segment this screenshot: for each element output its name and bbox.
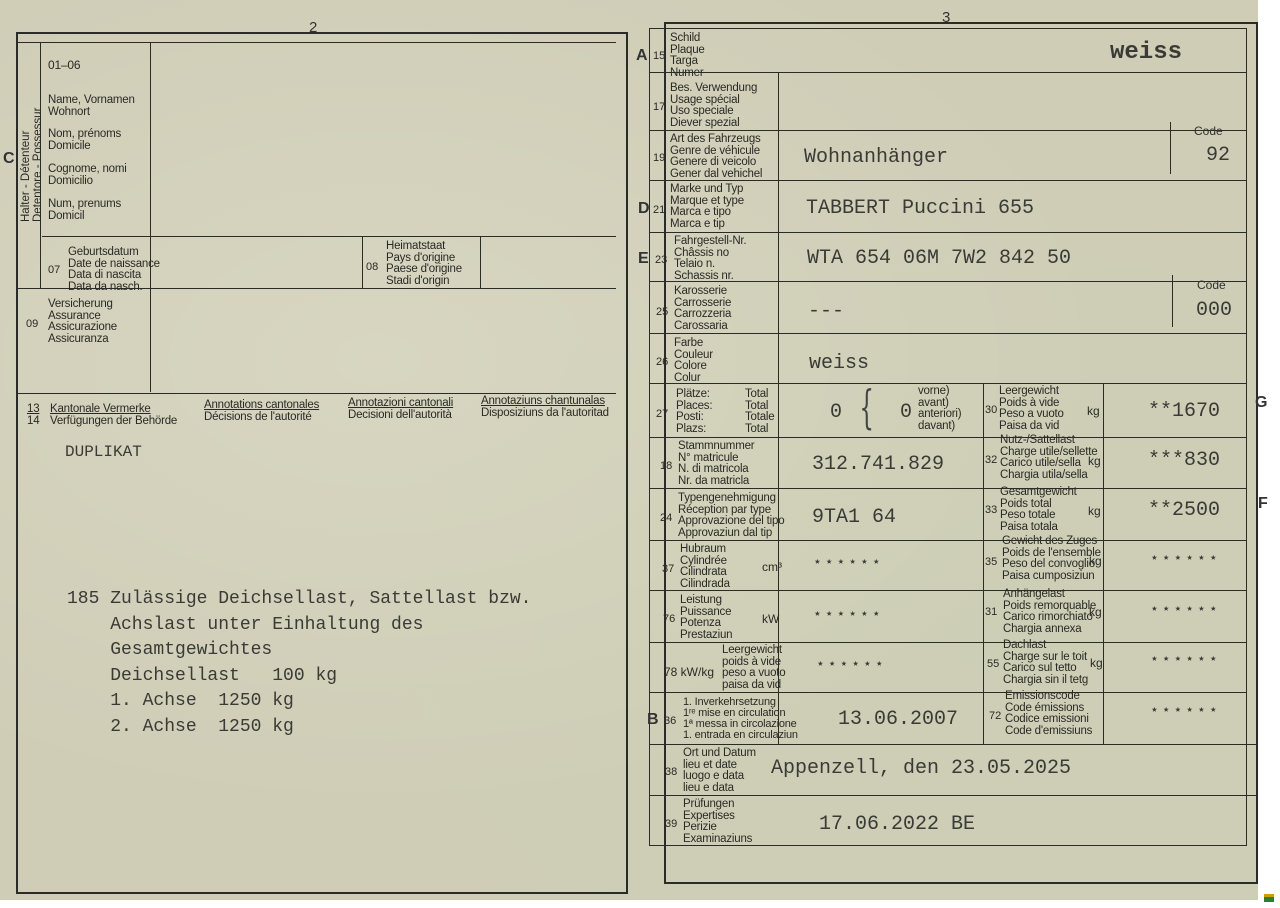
color-value: weiss: [809, 352, 869, 375]
power-value: ⋆⋆⋆⋆⋆⋆: [813, 606, 884, 622]
divider: [1103, 383, 1104, 744]
birth-date-label: GeburtsdatumDate de naissance Data di na…: [68, 247, 160, 293]
divider: [480, 237, 481, 289]
first-registration-label: 1. Inverkehrsetzung1ʳᵉ mise en circulati…: [683, 697, 798, 741]
make-model-label: Marke und TypMarque et type Marca e tipo…: [670, 184, 744, 230]
displacement-value: ⋆⋆⋆⋆⋆⋆: [813, 554, 884, 570]
field-number: 21: [653, 204, 665, 216]
place-date-value: Appenzell, den 23.05.2025: [771, 757, 1071, 780]
unit-label: kg: [1088, 454, 1101, 468]
duplicate-stamp: DUPLIKAT: [65, 443, 142, 461]
seats-front-label: vorne)avant) anteriori)davant): [918, 386, 961, 432]
make-model-value: TABBERT Puccini 655: [806, 197, 1034, 220]
divider: [650, 333, 1246, 334]
field-number: 25: [656, 306, 668, 318]
payload-label: Nutz-/SattellastCharge utile/sellette Ca…: [1000, 435, 1097, 481]
displacement-label: HubraumCylindrée CilindrataCilindrada: [680, 544, 730, 590]
holder-name-rm: Num, prenumsDomicil: [48, 199, 121, 222]
divider: [650, 744, 1258, 745]
section-letter-d: D: [638, 200, 650, 218]
code-label: Code: [1197, 278, 1226, 292]
annotations-label-it: Annotazioni cantonaliDecisioni dell'auto…: [348, 398, 453, 421]
registration-number-label: StammnummerN° matricule N. di matricolaN…: [678, 441, 754, 487]
roof-load-label: DachlastCharge sur le toit Carico sul te…: [1003, 640, 1088, 686]
field-number: 18: [660, 460, 672, 472]
divider: [650, 130, 1246, 131]
seats-total-label: TotalTotal TotaleTotal: [745, 389, 775, 435]
body-label: KarosserieCarrosserie CarrozzeriaCarossa…: [674, 286, 731, 332]
inspections-label: PrüfungenExpertises PerizieExaminaziuns: [683, 799, 752, 845]
gross-weight-label: GesamtgewichtPoids total Peso totalePais…: [1000, 487, 1077, 533]
unit-label: kW: [762, 612, 779, 626]
field-number: 33: [985, 504, 997, 516]
divider: [650, 488, 1246, 489]
field-number: 17: [653, 101, 665, 113]
chassis-label: Fahrgestell-Nr.Châssis no Telaio n.Schas…: [674, 236, 746, 282]
vehicle-type-value: Wohnanhänger: [804, 146, 948, 169]
section-letter-e: E: [638, 250, 649, 268]
divider: [18, 393, 616, 394]
section-letter-f: F: [1258, 495, 1268, 513]
towing-weight-label: AnhängelastPoids remorquable Carico rimo…: [1003, 589, 1096, 635]
field-number: 72: [989, 710, 1001, 722]
divider: [650, 692, 1246, 693]
code-label: Code: [1194, 124, 1223, 138]
train-weight-value: ⋆⋆⋆⋆⋆⋆: [1150, 550, 1221, 566]
unit-label: kg: [1089, 605, 1102, 619]
field-number: 24: [660, 512, 672, 524]
annotations-label-de: Kantonale VermerkeVerfügungen der Behörd…: [50, 404, 177, 427]
section-letter-a: A: [636, 47, 648, 65]
field-number: 76: [663, 613, 675, 625]
field-number: 37: [662, 563, 674, 575]
registration-number-value: 312.741.829: [812, 453, 944, 476]
unit-label: kg: [1088, 504, 1101, 518]
seats-total-value: 0: [830, 401, 842, 424]
unit-label: cm³: [762, 560, 782, 574]
power-weight-label: Leergewichtpoids à vide peso a vuotopais…: [722, 645, 785, 691]
train-weight-label: Gewicht des ZugesPoids de l'ensemble Pes…: [1002, 536, 1101, 582]
unit-label: kg: [1089, 554, 1102, 568]
divider: [18, 42, 616, 43]
field-number: 23: [655, 254, 667, 266]
special-use-label: Bes. VerwendungUsage spécial Uso special…: [670, 83, 757, 129]
field-number: 36: [664, 715, 676, 727]
divider: [362, 237, 363, 289]
origin-field[interactable]: [482, 238, 616, 288]
unit-label: kg: [1090, 656, 1103, 670]
power-label: LeistungPuissance PotenzaPrestaziun: [680, 595, 732, 641]
holder-name-de: Name, VornamenWohnort: [48, 95, 135, 118]
section-letter-b: B: [647, 711, 659, 729]
towing-weight-value: ⋆⋆⋆⋆⋆⋆: [1150, 601, 1221, 617]
divider: [1170, 122, 1171, 174]
annotations-numbers: 1314: [27, 404, 39, 427]
annotations-text: 185 Zulässige Deichsellast, Sattellast b…: [67, 587, 531, 740]
body-value: ---: [808, 300, 844, 323]
power-weight-value: ⋆⋆⋆⋆⋆⋆: [816, 656, 887, 672]
place-date-label: Ort und Datumlieu et date luogo e datali…: [683, 748, 756, 794]
payload-value: ***830: [1148, 449, 1220, 472]
plate-value: weiss: [1110, 39, 1182, 66]
annotations-label-fr: Annotations cantonalesDécisions de l'aut…: [204, 400, 319, 423]
brace-icon: {: [859, 380, 874, 434]
divider: [650, 383, 1246, 384]
field-number: 07: [48, 264, 60, 276]
first-registration-value: 13.06.2007: [838, 708, 958, 731]
field-number: 30: [985, 404, 997, 416]
unit-label: kg: [1087, 404, 1100, 418]
divider: [650, 795, 1258, 796]
field-number: 39: [665, 818, 677, 830]
seats-front-value: 0: [900, 401, 912, 424]
type-approval-label: TypengenehmigungRéception par type Appro…: [678, 493, 784, 539]
field-number: 31: [985, 606, 997, 618]
origin-label: HeimatstaatPays d'origine Paese d'origin…: [386, 241, 462, 287]
type-approval-value: 9TA1 64: [812, 506, 896, 529]
field-number: 35: [985, 556, 997, 568]
body-code: 000: [1196, 299, 1232, 322]
gross-weight-value: **2500: [1148, 499, 1220, 522]
field-number: 27: [656, 408, 668, 420]
divider: [650, 540, 1246, 541]
field-number: 55: [987, 658, 999, 670]
seats-label: Plätze:Places: Posti:Plazs:: [676, 389, 712, 435]
divider: [150, 42, 151, 392]
empty-weight-label: LeergewichtPoids à vide Peso a vuotoPais…: [999, 386, 1064, 432]
section-letter-c: C: [3, 150, 15, 168]
divider: [983, 383, 984, 744]
emission-code-label: EmissionscodeCode émissions Codice emiss…: [1005, 691, 1092, 737]
divider: [650, 642, 1246, 643]
field-number: 38: [665, 766, 677, 778]
divider: [1172, 275, 1173, 327]
divider: [18, 288, 616, 289]
holder-range: 01–06: [48, 60, 80, 72]
birth-date-field[interactable]: [152, 238, 362, 288]
document-scan: 2 C Halter - Détenteur Detentore - Posse…: [0, 0, 1258, 900]
vehicle-type-label: Art des FahrzeugsGenre de véhicule Gener…: [670, 134, 762, 180]
holder-value-field[interactable]: [152, 44, 616, 236]
field-number: 26: [656, 356, 668, 368]
insurance-field[interactable]: [158, 292, 616, 392]
color-label: FarbeCouleur ColoreColur: [674, 338, 713, 384]
plate-label: SchildPlaque TargaNumer: [670, 33, 705, 79]
field-number: 08: [366, 261, 378, 273]
insurance-label: VersicherungAssurance AssicurazioneAssic…: [48, 299, 117, 345]
annotations-label-rm: Annotaziuns chantunalasDisposiziuns da l…: [481, 396, 609, 419]
divider: [650, 232, 1246, 233]
divider: [42, 236, 616, 237]
holder-name-it: Cognome, nomiDomicilio: [48, 164, 127, 187]
field-number: 15: [653, 50, 665, 62]
section-letter-g: G: [1255, 394, 1267, 412]
chassis-value: WTA 654 06M 7W2 842 50: [807, 247, 1071, 270]
holder-vertical-label: Halter - Détenteur Detentore - Possessur: [21, 108, 44, 222]
field-number: 32: [985, 454, 997, 466]
divider: [650, 180, 1246, 181]
vehicle-type-code: 92: [1206, 144, 1230, 167]
divider: [650, 437, 1246, 438]
holder-name-fr: Nom, prénomsDomicile: [48, 129, 121, 152]
divider: [650, 72, 1246, 73]
color-marker-icon: [1264, 894, 1274, 902]
inspections-value: 17.06.2022 BE: [819, 813, 975, 836]
divider: [650, 590, 1246, 591]
empty-weight-value: **1670: [1148, 400, 1220, 423]
field-number: 09: [26, 318, 38, 330]
field-number: 19: [653, 152, 665, 164]
emission-code-value: ⋆⋆⋆⋆⋆⋆: [1150, 702, 1221, 718]
roof-load-value: ⋆⋆⋆⋆⋆⋆: [1150, 651, 1221, 667]
field-number: 78 kW/kg: [664, 665, 714, 679]
